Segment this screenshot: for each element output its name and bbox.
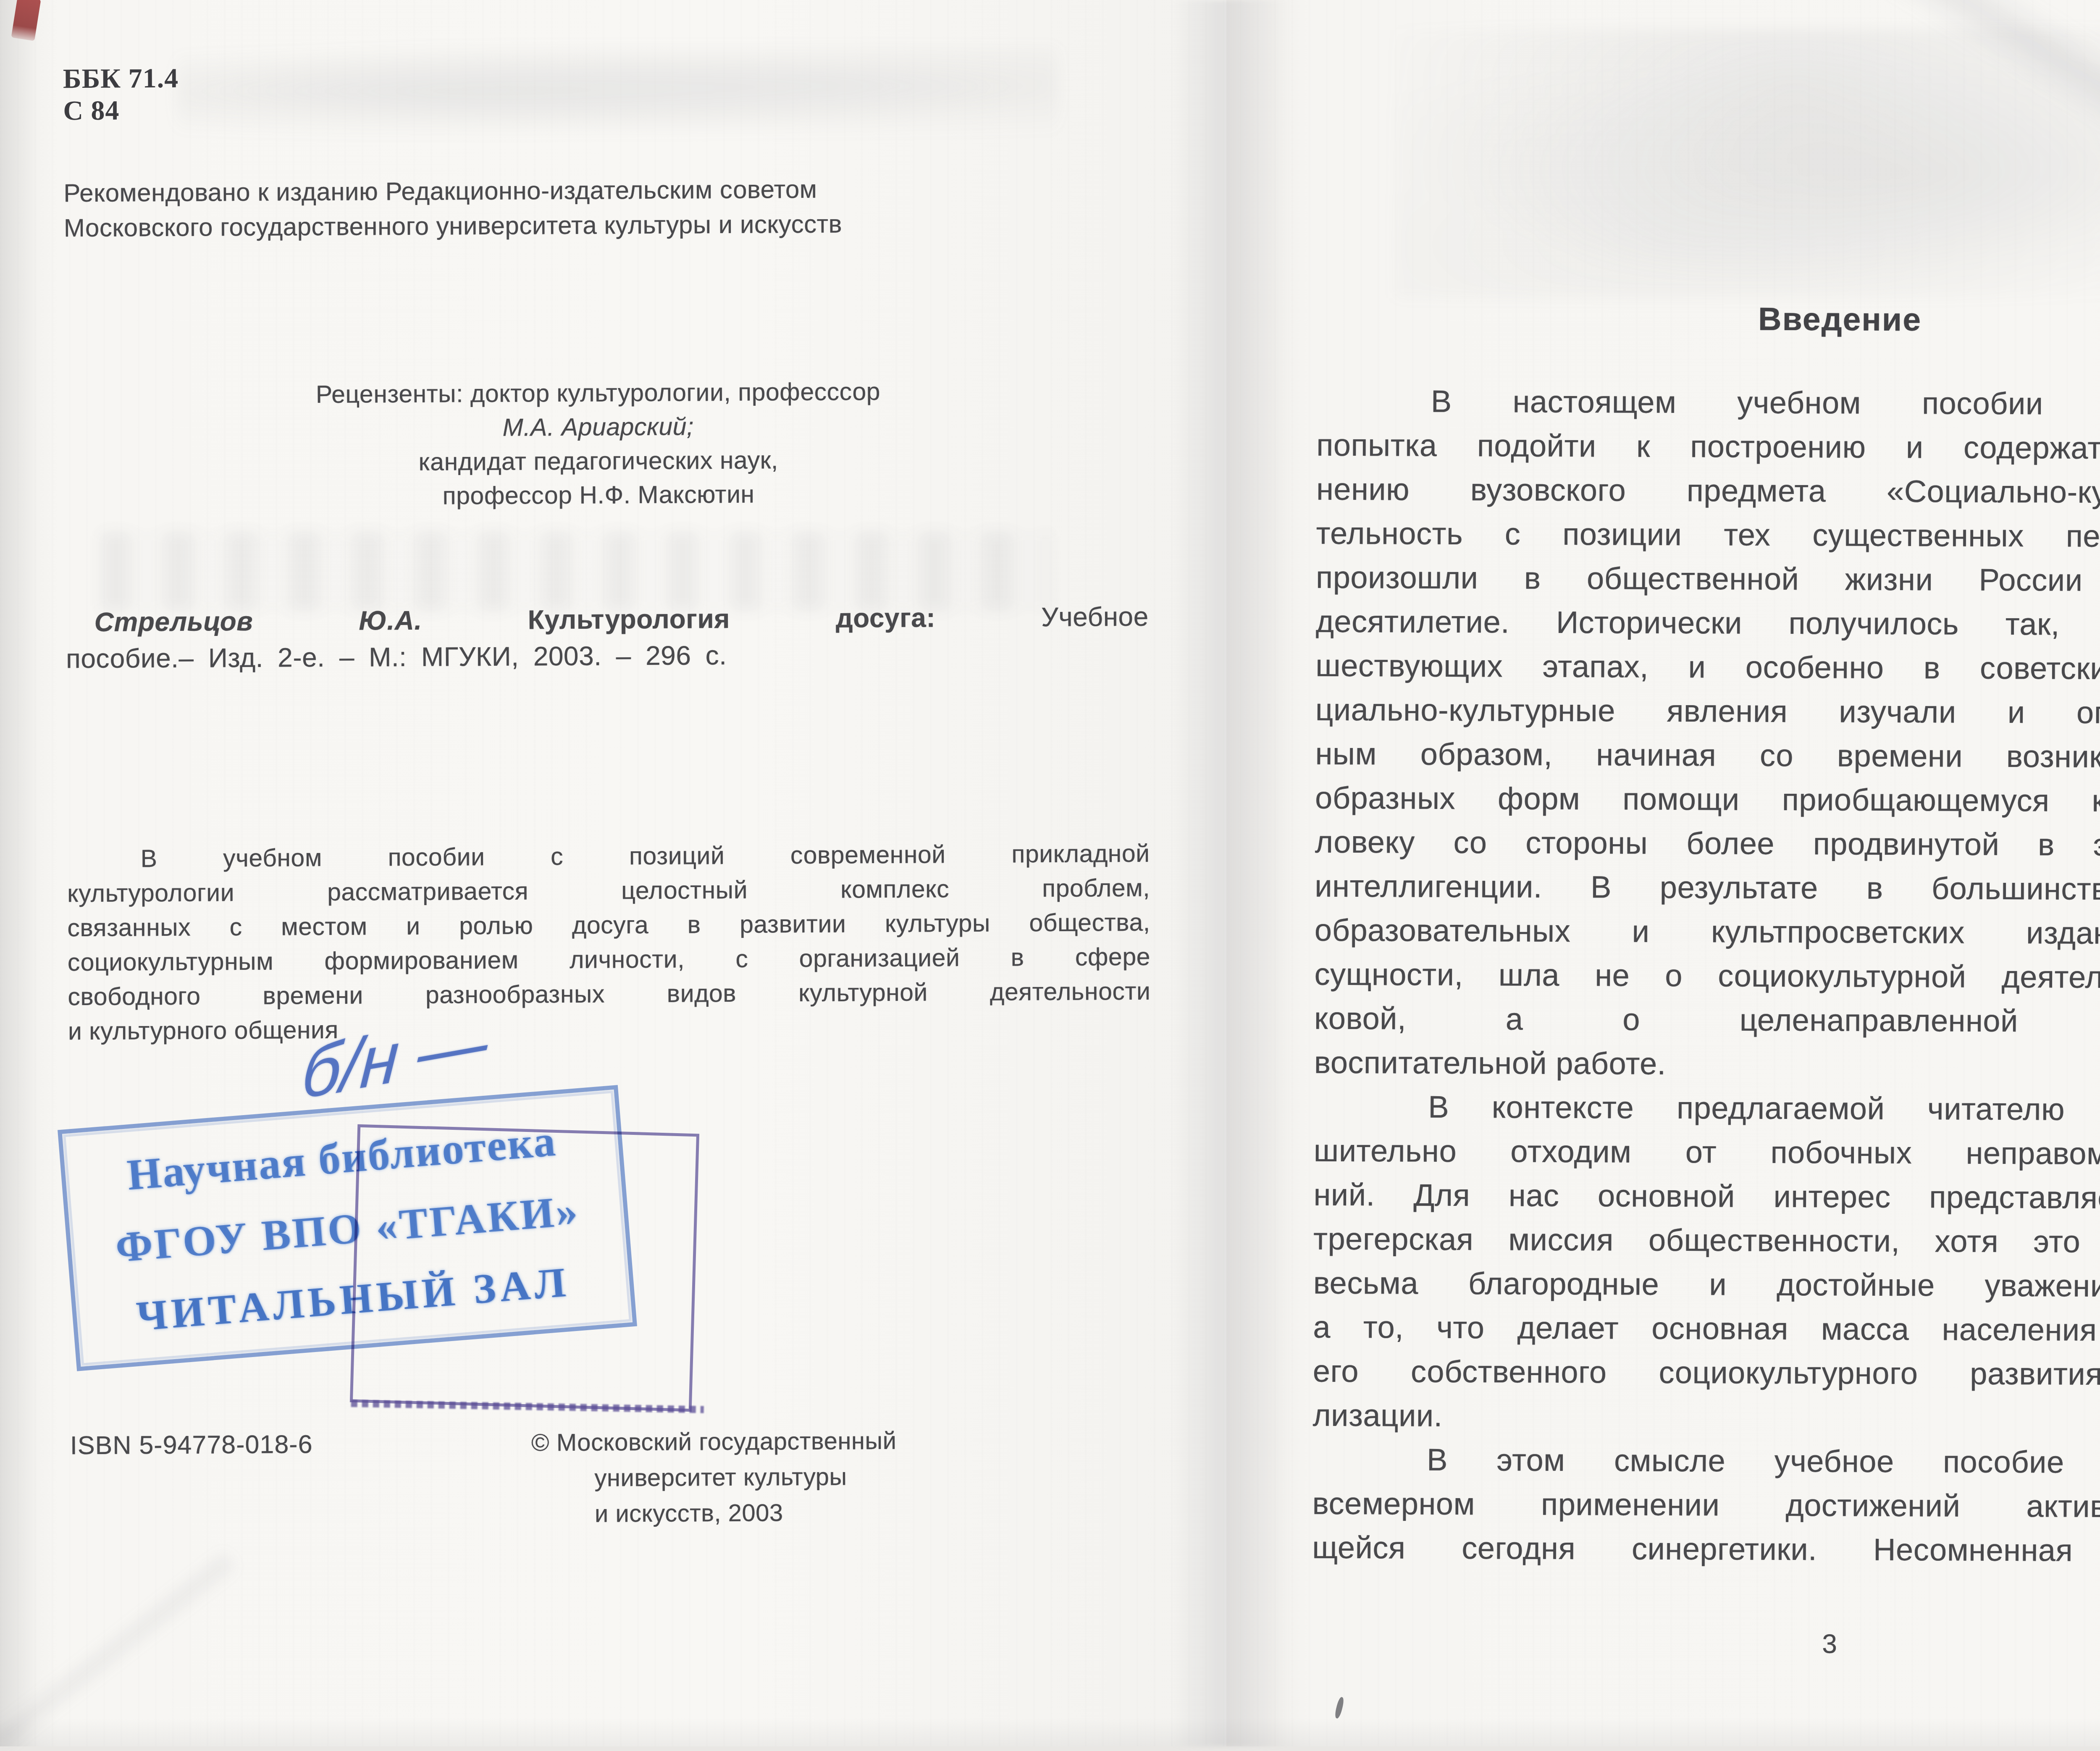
annotation-line: В учебном пособии с позиций современной …	[67, 836, 1150, 876]
recommendation-note: Рекомендовано к изданию Редакционно-изда…	[63, 170, 1114, 245]
body-text-line: В этом смысле учебное пособие базируется…	[1312, 1437, 2100, 1486]
copyright-line: университет культуры	[531, 1458, 1056, 1496]
body-text-line: весьма благородные и достойные уважения …	[1313, 1261, 2100, 1309]
citation-author-initials: Ю.А.	[359, 605, 422, 636]
body-text-line: десятилетие. Исторически получилось так,…	[1316, 599, 2100, 648]
body-text-line: его собственного социокультурного развит…	[1313, 1349, 2100, 1397]
bbk-line: ББК 71.4	[63, 61, 441, 95]
bibliographic-citation: Стрельцов Ю.А. Культурология досуга: Уче…	[66, 599, 1149, 677]
body-text-line: ковой, а о целенаправленной просветитель…	[1314, 996, 2100, 1045]
body-text-line: ловеку со стороны более продвинутой в эт…	[1315, 820, 2100, 868]
citation-title: Культурология досуга:	[528, 602, 936, 635]
reviewer-name: профессор Н.Ф. Максютин	[195, 476, 1002, 515]
annotation-line: социокультурным формированием личности, …	[68, 940, 1150, 979]
body-text-line: лизации.	[1312, 1393, 2100, 1441]
annotation-line: и культурного общения	[68, 1008, 1151, 1048]
intro-paragraph-2: В контексте предлагаемой читателю книги …	[1312, 1084, 2100, 1441]
body-text-line: сущности, шла не о социокультурной деяте…	[1314, 952, 2100, 1000]
body-text-line: шительно отходим от побочных неправомерн…	[1314, 1129, 2100, 1177]
body-text-line: шествующих этапах, и особенно в советски…	[1315, 643, 2100, 692]
body-text-line: а то, что делает основная масса населени…	[1313, 1305, 2100, 1353]
page-number: 3	[1783, 1628, 1876, 1659]
violet-stamp-frame	[350, 1124, 699, 1412]
reviewer-name: М.А. Ариарский;	[195, 408, 1001, 446]
intro-paragraph-1: В настоящем учебном пособии предпринимае…	[1314, 379, 2100, 1089]
annotation-line: культурологии рассматривается целостный …	[67, 871, 1150, 911]
body-text-line: попытка подойти к построению и содержате…	[1316, 423, 2100, 471]
body-text-line: тельность с позиции тех существенных пер…	[1316, 511, 2100, 559]
bbk-line: С 84	[63, 93, 441, 127]
citation-line-2: пособие.– Изд. 2-е. – М.: МГУКИ, 2003. –…	[66, 635, 1149, 677]
copyright-line: © Московский государственный	[531, 1422, 1056, 1461]
body-text-line: В контексте предлагаемой читателю книги …	[1314, 1084, 2100, 1133]
reviewers-line: кандидат педагогических наук,	[195, 442, 1002, 480]
bleedthrough-ghost-left-middle	[101, 531, 1050, 611]
body-text-line: ний. Для нас основной интерес представля…	[1313, 1173, 2100, 1221]
body-text-line: образовательных и культпросветских издан…	[1315, 908, 2100, 956]
chapter-heading: Введение	[1317, 299, 2100, 341]
body-text-line: воспитательной работе.	[1314, 1040, 2100, 1089]
body-text-line: трегерская миссия общественности, хотя э…	[1313, 1217, 2100, 1265]
body-text-line: образных форм помощи приобщающемуся к ку…	[1315, 776, 2100, 824]
body-text-line: нению вузовского предмета «Социально-кул…	[1316, 467, 2100, 515]
copyright-line: и искусств, 2003	[532, 1494, 1057, 1532]
copyright-block: © Московский государственныйуниверситет …	[531, 1422, 1057, 1532]
body-text-line: В настоящем учебном пособии предпринимае…	[1317, 379, 2100, 427]
annotation-line: связанных с местом и ролью досуга в разв…	[67, 905, 1150, 945]
reviewers-line: Рецензенты: доктор культурологии, профес…	[195, 374, 1001, 412]
annotation-line: свободного времени разнообразных видов к…	[68, 974, 1150, 1014]
left-edge-shadow	[0, 0, 38, 1746]
body-text-line: ным образом, начиная со времени возникно…	[1315, 732, 2100, 780]
annotation-block: В учебном пособии с позиций современной …	[67, 836, 1151, 1048]
reviewers-block: Рецензенты: доктор культурологии, профес…	[195, 374, 1002, 515]
citation-line1-end: Учебное	[1041, 601, 1149, 632]
body-text-line: щейся сегодня синергетики. Несомненная п…	[1312, 1525, 2100, 1574]
bbk-classification-code: ББК 71.4С 84	[63, 61, 441, 127]
citation-line-1: Стрельцов Ю.А. Культурология досуга: Уче…	[66, 599, 1148, 641]
isbn-text: ISBN 5-94778-018-6	[70, 1428, 490, 1460]
body-text-line: произошли в общественной жизни России за…	[1316, 555, 2100, 604]
body-text-line: всемерном применении достижений активно …	[1312, 1481, 2100, 1530]
body-text-line: циально-культурные явления изучали и опи…	[1315, 688, 2100, 736]
recommendation-line: Рекомендовано к изданию Редакционно-изда…	[63, 170, 1113, 210]
bottom-edge-shadow	[0, 1718, 2100, 1746]
recommendation-line: Московского государственного университет…	[64, 205, 1114, 245]
intro-paragraph-3: В этом смысле учебное пособие базируется…	[1312, 1437, 2100, 1574]
gutter-shadow	[1172, 0, 1289, 1746]
citation-author: Стрельцов	[94, 606, 253, 637]
body-text-line: интеллигенции. В результате в большинств…	[1315, 864, 2100, 912]
bleedthrough-ghost-right-top	[1394, 29, 2100, 298]
scanned-book-spread: ББК 71.4С 84 Рекомендовано к изданию Ред…	[0, 0, 2100, 1746]
